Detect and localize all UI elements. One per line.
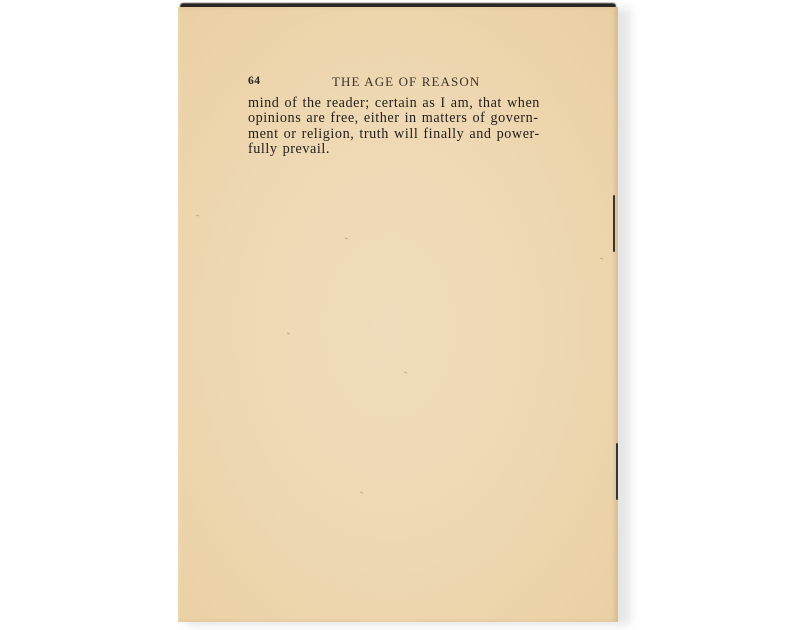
running-title: THE AGE OF REASON (332, 74, 480, 90)
text-line: opinions are free, either in matters of … (248, 111, 588, 126)
text-line: fully prevail. (248, 142, 588, 157)
scanned-booklet-scene: 64 THE AGE OF REASON mind of the reader;… (0, 0, 800, 630)
staple-bottom (616, 443, 618, 500)
page-number: 64 (248, 75, 261, 87)
page-header: 64 THE AGE OF REASON (248, 74, 586, 92)
text-line: ment or religion, truth will finally and… (248, 127, 588, 142)
body-paragraph: mind of the reader; certain as I am, tha… (248, 96, 588, 158)
text-line: mind of the reader; certain as I am, tha… (248, 96, 588, 111)
staple-top (613, 195, 615, 252)
